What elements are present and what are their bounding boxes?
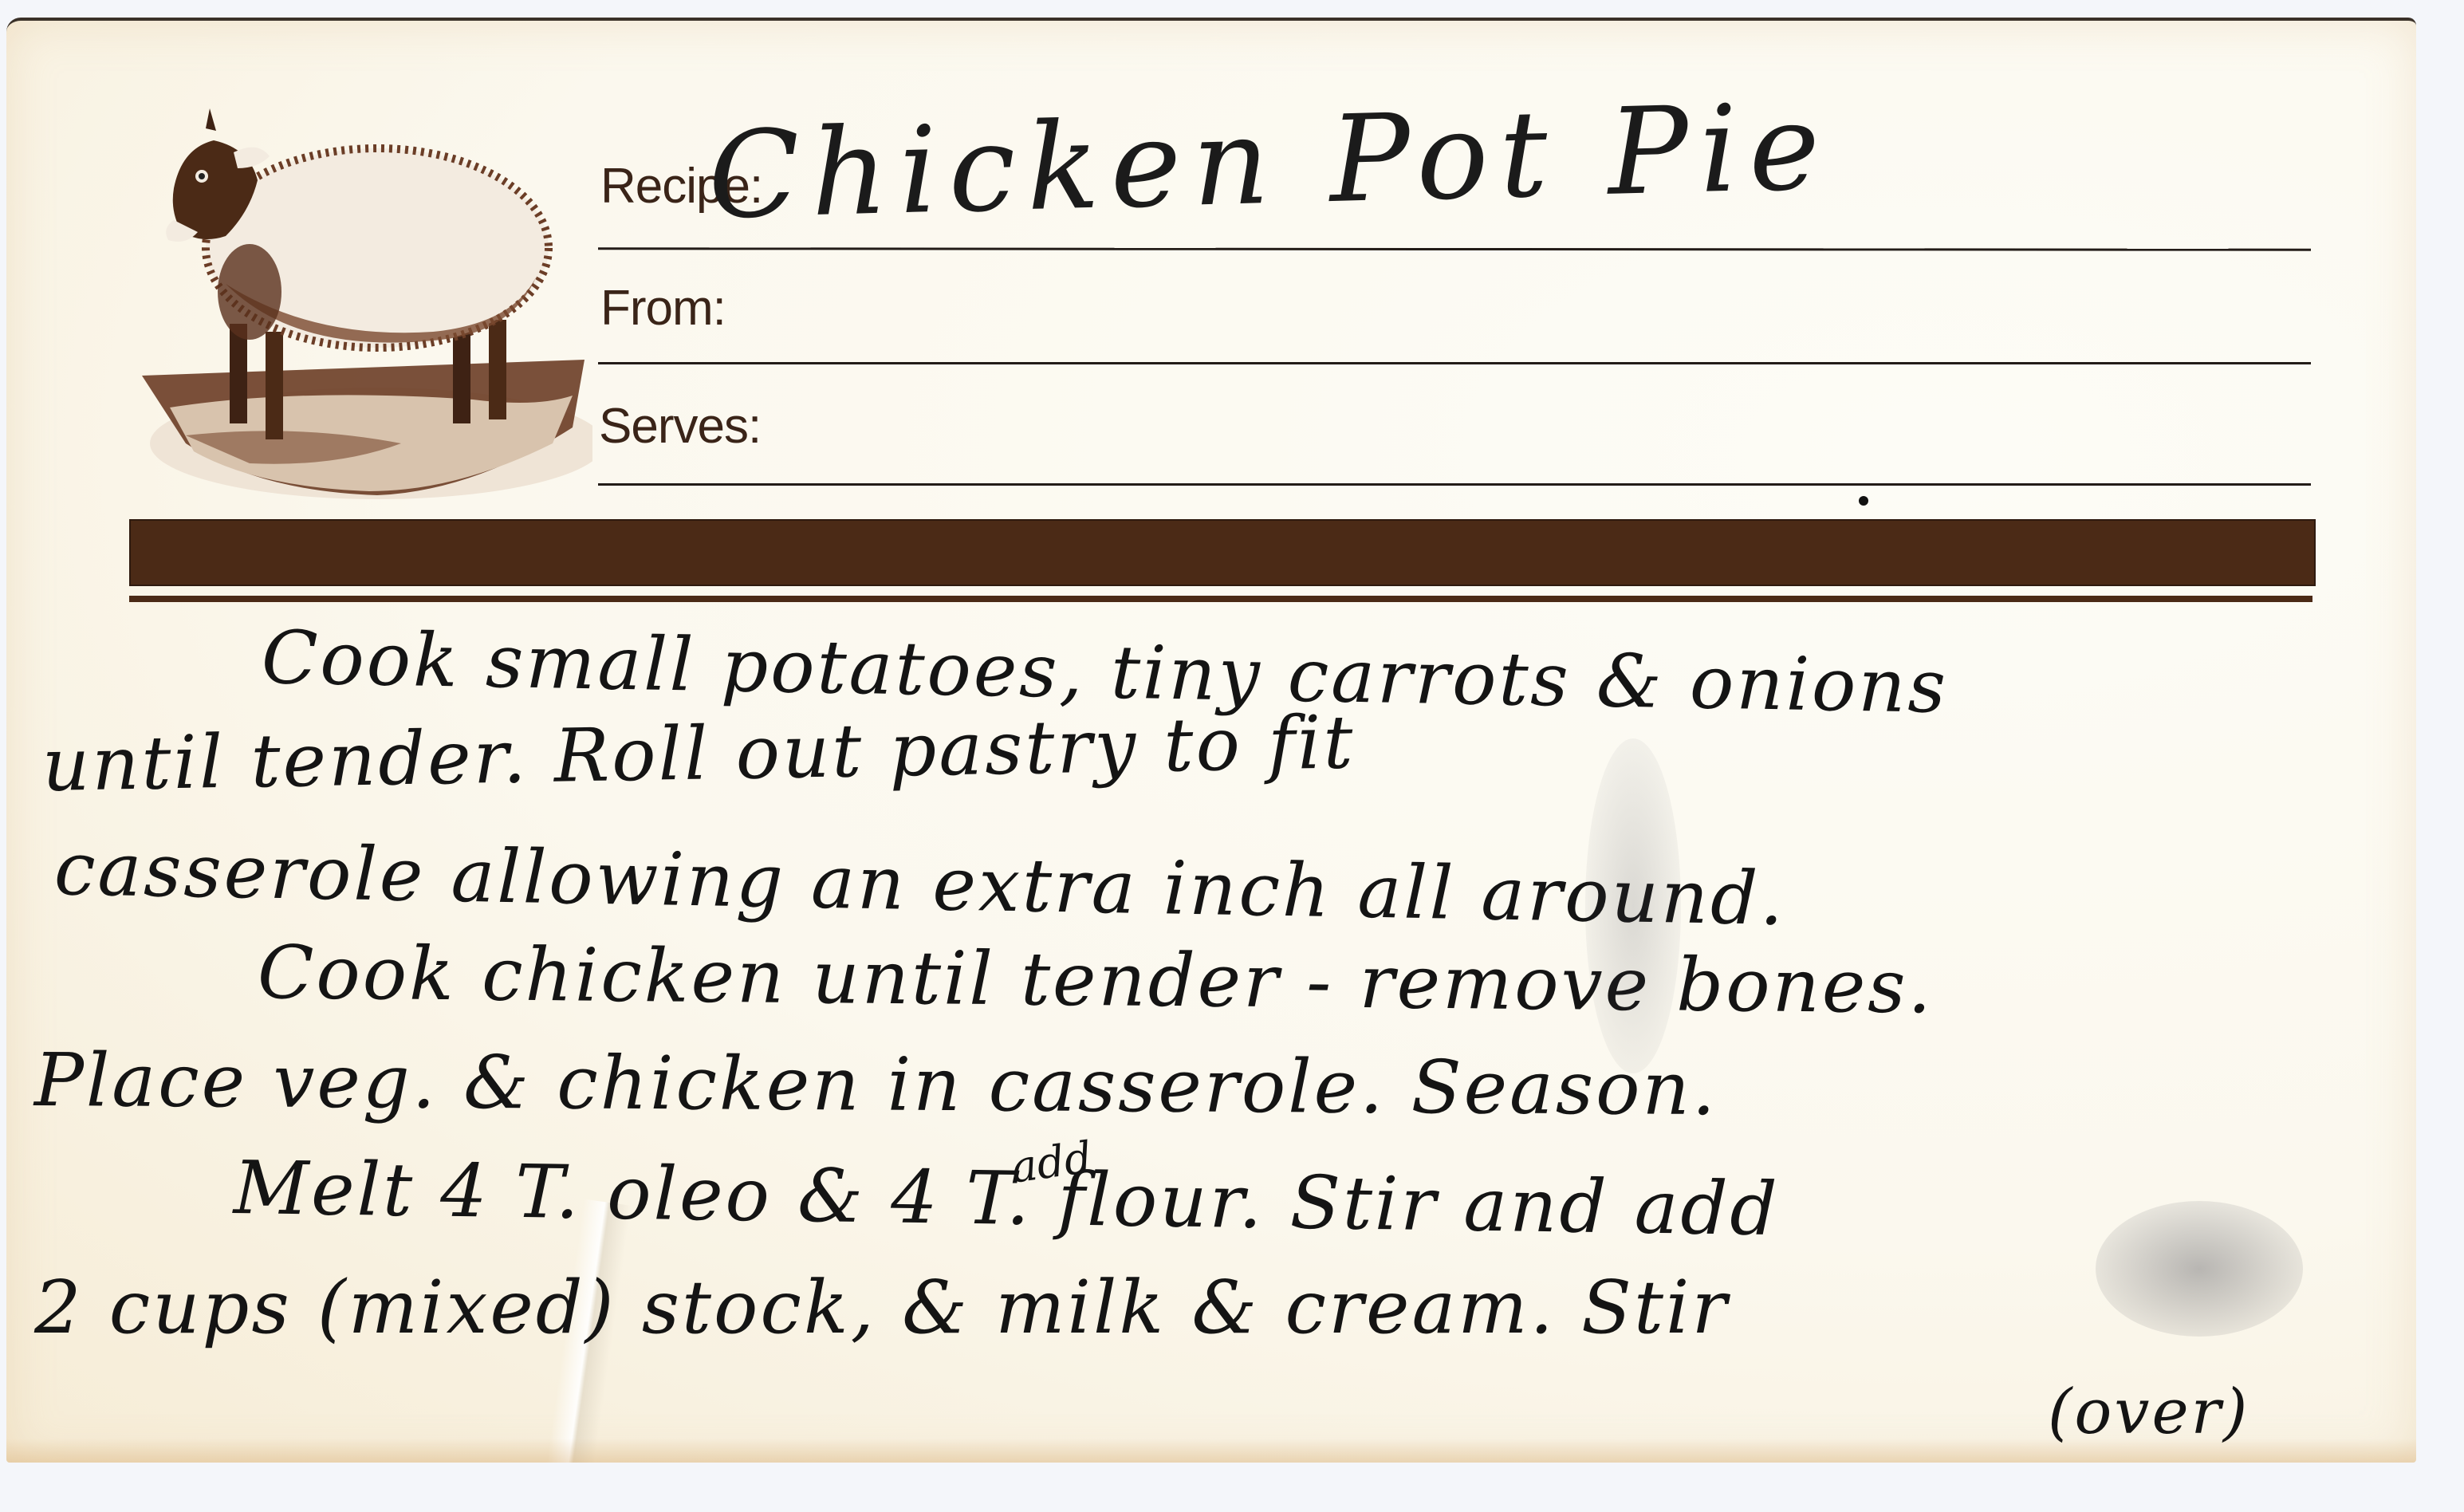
serves-line	[598, 483, 2311, 486]
sheep-icon	[138, 93, 592, 507]
recipe-card: Recipe: From: Serves: Chicken Pot Pie Co…	[6, 18, 2416, 1463]
from-line	[598, 362, 2311, 364]
instruction-line-4: Cook chicken until tender - remove bones…	[258, 930, 1935, 1030]
from-label: From:	[600, 280, 726, 337]
recipe-line	[598, 247, 2311, 250]
ink-smudge	[2096, 1201, 2303, 1337]
ink-smudge	[1585, 738, 1681, 1073]
ink-dot	[1859, 496, 1868, 506]
recipe-title: Chicken Pot Pie	[707, 78, 1832, 246]
header-divider-rule	[129, 596, 2312, 602]
instruction-line-6: Melt 4 T. oleo & 4 T. flour. Stir and ad…	[233, 1145, 1780, 1252]
serves-label: Serves:	[599, 398, 761, 455]
continued-over-note: (over)	[2048, 1376, 2249, 1448]
header-divider-bar	[129, 519, 2316, 586]
instruction-line-3: casserole allowing an extra inch all aro…	[53, 826, 1786, 942]
instruction-line-5: Place veg. & chicken in casserole. Seaso…	[34, 1038, 1718, 1132]
instruction-line-7: 2 cups (mixed) stock, & milk & cream. St…	[34, 1265, 1729, 1350]
instruction-line-2: until tender. Roll out pastry to fit	[41, 699, 1356, 808]
